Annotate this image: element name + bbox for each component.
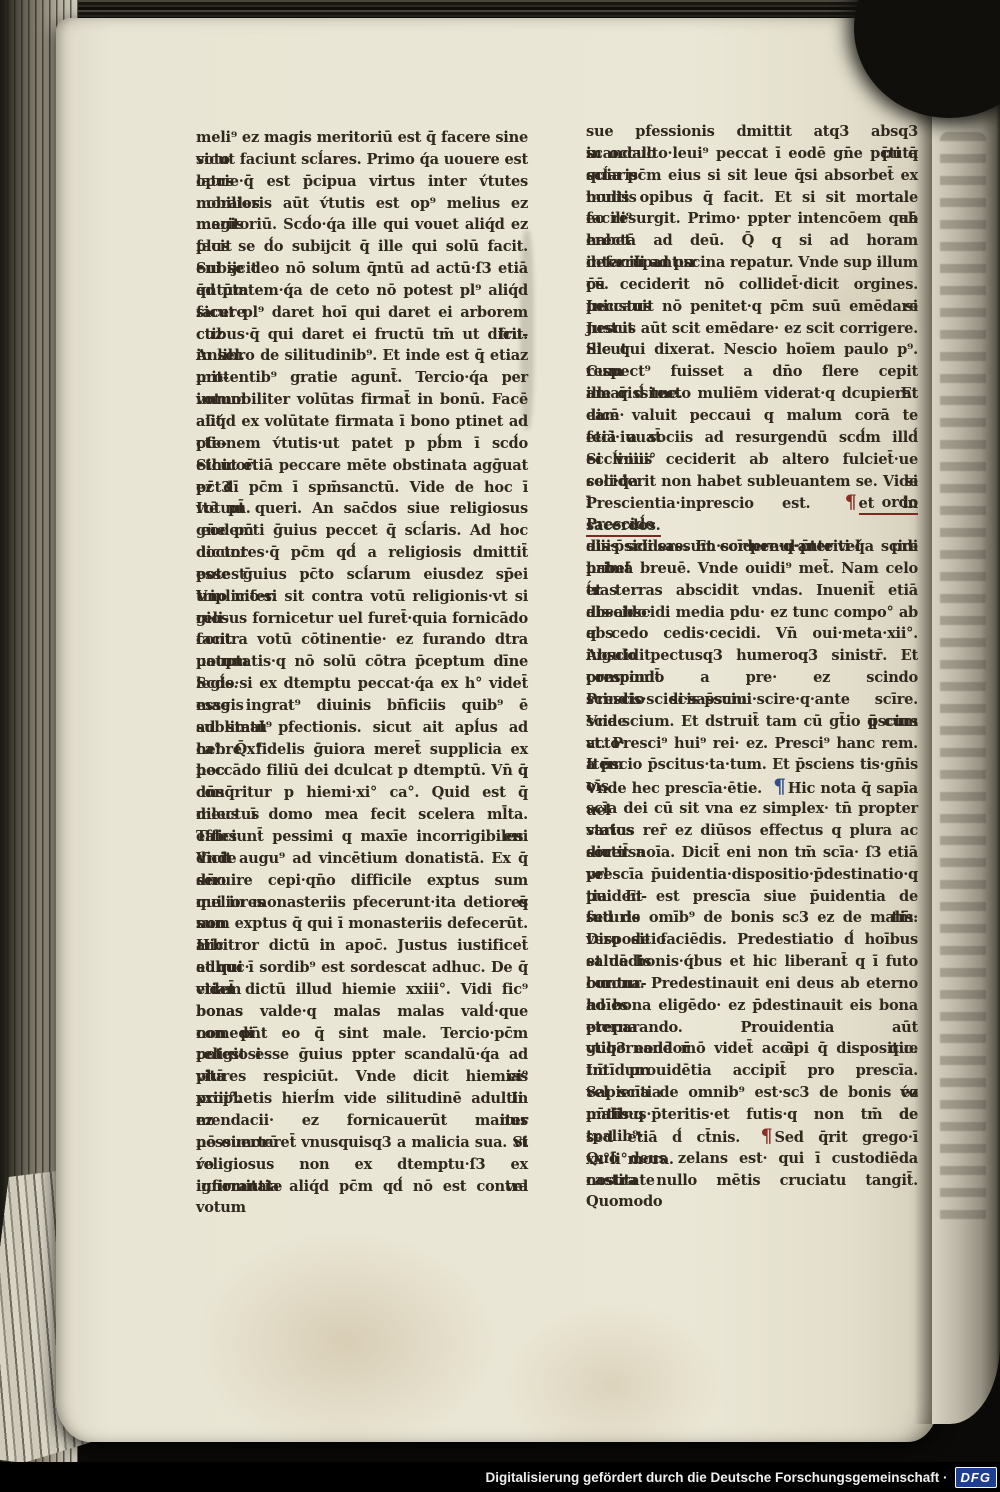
text-line: arbitror dictū in apoc̄. Justus iustific… [196, 935, 528, 957]
text-line: dis·abscidi media pdu· ez tunc compo° ab… [586, 602, 918, 624]
text-line: q cedo cedis·cecidi. Vn̄ oui·meta·xii°. … [586, 623, 918, 645]
text-line: dicē valuit peccaui q malum corā te feci… [586, 405, 918, 427]
text-line: ctibus·q̄ qui daret ei fructū tm̄ ut dic… [196, 324, 528, 346]
text-line: latrie·q̄ est p̄cipua virtus inter v́tut… [196, 171, 528, 193]
text-line: ad statū pfectionis. sicut ait apĺus ad … [196, 717, 528, 739]
text-line: ille q̄ d́ tecto muliēm viderat·q dcupie… [586, 383, 918, 405]
digitization-credit-bar: Digitalisierung gefördert durch die Deut… [0, 1462, 1000, 1492]
text-line: ignorantia aliq́d pc̄m qd́ nō est contra… [196, 1176, 528, 1198]
text-line: prescindo a pre· ez scindo scindis·scidi… [586, 667, 918, 689]
text-line: plus se d́o subijcit q̄ ille qui solū fa… [196, 236, 528, 258]
dfg-logo: DFG [955, 1467, 997, 1488]
text-line: ad p̄tatem·q́a de ceto nō potest pl⁹ ali… [196, 280, 528, 302]
text-line: ceciderit non habet subleuantem se. Vide… [586, 471, 918, 493]
text-segment: Prescientia·inprescio est. [586, 495, 839, 512]
text-line: nō ouerteret̄ vnusquisq3 a malicia sua. … [196, 1132, 528, 1154]
ink-showthrough [984, 520, 994, 780]
text-line: nostra nullo mētis cruciatu tangit̄. Quo… [586, 1170, 918, 1192]
text-line: eo resurgit. Primo· ppter intencōem quā … [586, 208, 918, 230]
text-line: Vnde hec prescīa·ētie. ¶Hic nota q̄ sapī… [586, 776, 918, 798]
text-line: scia·scium. Et dstruit̄ tam cū gt̄io q̄ … [586, 711, 918, 733]
text-line: qui in monasteriis pfecerunt·ita detiore… [196, 892, 528, 914]
text-line: sue pfessionis dmittit atq3 absq3 scanda… [586, 121, 918, 143]
text-line: tia. Et est prescīa siue p̄uidentia de f… [586, 886, 918, 908]
text-line: ille qui dixerat. Nescio hoīem paulo p⁹.… [586, 339, 918, 361]
text-line: Itē pt̄ queri. An sac̄dos siue religiosu… [196, 498, 528, 520]
text-line: Prescid́o dis·p̄sidi·sassum·scīdere·q·an… [586, 514, 918, 536]
text-line: contra votū cōtinentie· ez furando dtra … [196, 629, 528, 651]
text-line: vt. Presci⁹ hui⁹ rei· ez. Presci⁹ hanc r… [586, 733, 918, 755]
text-line: bonis opibus q̄ facit. Et si sit mortale… [586, 187, 918, 209]
text-line: non pn̄t eo q̄ sint male. Tercio·pc̄m re… [196, 1023, 528, 1045]
text-line: bonas valde·q malas malas vald́·que come… [196, 1001, 528, 1023]
text-line: sum exptus q̄ qui ī monasteriis defecerū… [196, 913, 528, 935]
next-page-ghost-text [940, 132, 986, 1232]
text-line: sicut faciunt scĺares. Primo q́a uouere … [196, 149, 528, 171]
text-line: scīa dei cū sit vna ez simplex· tn̄ prop… [586, 798, 918, 820]
text-line: quia pc̄m eius si sit leue q̄si absorbet… [586, 165, 918, 187]
text-line: iugulo pectusq3 humeroq3 sinistr̄. Et co… [586, 645, 918, 667]
text-line: primā breuē. Vnde ouidi⁹ met̄. Nam celo … [586, 558, 918, 580]
text-line: in libro de silitudinib⁹. Et inde est q̄… [196, 345, 528, 367]
text-line: ctionem v́tutis·ut patet p pb́m ī scd́o … [196, 433, 528, 455]
text-line: preparando. Prouidentia aūt gubernandor̄… [586, 1017, 918, 1039]
text-line: aliis scīdere. Et cor·penul·p̄teriti·q́a… [586, 536, 918, 558]
text-line: meli⁹ ez magis meritoriū est q̄ facere s… [196, 127, 528, 149]
text-line: vero de faciēdis. Predestiatio d́ hoībus… [586, 929, 918, 951]
text-line: Quō deus zelans est· qui ī custodiēda ca… [586, 1148, 918, 1170]
text-line: potest esse ḡuius ppter scandalū·q́a ad … [196, 1044, 528, 1066]
pilcrow-blue: ¶ [767, 774, 787, 798]
credit-text: Digitalisierung gefördert durch die Deut… [485, 1470, 947, 1485]
text-line: conq̄ritur p hiemi·xi° ca°. Quid est q̄ … [196, 782, 528, 804]
text-line: ca°. Q̄ fidelis ḡuiora meret̄ supplicia … [196, 739, 528, 761]
text-line: et qui ī sordib⁹ est sordescat adhuc. De… [196, 957, 528, 979]
text-line: ad bona eligēdo· ez p̄destinauit eis bon… [586, 995, 918, 1017]
text-line: meus ī domo mea fecit scelera ml̄ta. Tal… [196, 804, 528, 826]
text-line: videt̄ dictū illud hiemie xxiii°. Vidi f… [196, 979, 528, 1001]
text-line: Si vnus ceciderit ab altero fulciet̄·ue … [586, 449, 918, 471]
text-line: Justus aūt scit emēdare· ez scit corrige… [586, 318, 918, 340]
text-line: Scd́o·si ex dtemptu peccat·q́a ex h° vid… [196, 673, 528, 695]
right-text-column: sue pfessionis dmittit atq3 absq3 scanda… [586, 121, 918, 1191]
text-line: defacili ad pscina repatur. Vnde sup ill… [586, 252, 918, 274]
text-line: religiosus non ex dtemptu·ſ3 ex infirmit… [196, 1154, 528, 1176]
text-line: etiā a sociis ad resurgendū scd́m illd́ … [586, 427, 918, 449]
text-line: aliq́d ex volūtate firmata ī bono ptinet… [196, 411, 528, 433]
text-segment: Vnde hec prescīa·ētie. [586, 780, 767, 797]
text-line: cū ceciderit nō collidet̄·dicit orgines.… [586, 274, 918, 296]
text-line: et terras abscidit vndas. Inuenit̄ etiā … [586, 580, 918, 602]
text-line: erectā ad deū. Q̄ q si ad horam interrūp… [586, 230, 918, 252]
text-line: peccauit nō penitet·q pc̄m suū emēdare n… [586, 296, 918, 318]
pilcrow-red: ¶ [755, 1125, 775, 1147]
text-line: prophetis hierĺm vide silitudinē adultii… [196, 1088, 528, 1110]
text-line: esse ḡuius pc̄to scĺarum eiusdez sp̄ei t… [196, 564, 528, 586]
text-line: pauptatis·q nō solū cōtra p̄ceptum dīne … [196, 651, 528, 673]
text-segment: sed etiā d́ ct̄nis. [586, 1129, 755, 1146]
text-line: et de bonis·q́bus et hic liberant̄ q ī f… [586, 951, 918, 973]
text-line: vel scīa de omnib⁹ est·sc3 de bonis ez m… [586, 1082, 918, 1104]
text-line: Prescio scis·p̄sciui·scire·q·ante scīre.… [586, 689, 918, 711]
pilcrow-red: ¶ [839, 491, 859, 513]
text-line: tm̄ prouidētia accipit̄ pro prescīa. Sap… [586, 1060, 918, 1082]
text-line: Vno mō·si sit contra votū religionis·vt … [196, 586, 528, 608]
text-line: ez dī pc̄m ī spm̄sanctū. Vide de hoc ī v… [196, 477, 528, 499]
text-line: eni se deo nō solum q̄ntū ad actū·ſ3 eti… [196, 258, 528, 280]
text-line: respect⁹ fuisset a dn̄o flere cepit amar… [586, 361, 918, 383]
text-line: pn̄tibus·p̄teritis·et futis·q non tm̄ de… [586, 1104, 918, 1126]
text-line: seruire cepi·qn̄o difficile exptus sum m… [196, 870, 528, 892]
text-line: giosus fornicetur uel furet̄·quia fornic… [196, 608, 528, 630]
text-line: esse ingrat⁹ diuinis bn̄ficiis quib⁹ ē s… [196, 695, 528, 717]
text-line: vtiq3 eodē mō videt̄ accipi q̄ dispositi… [586, 1038, 918, 1060]
text-line: nobilioris aūt v́tutis est op⁹ melius ez… [196, 193, 528, 215]
text-line: sortit̄ noīa. Dicit̄ eni non tm̄ scīa· ſ… [586, 842, 918, 864]
text-line: gn̄e pc̄ti ḡuius peccet q̄ scĺaris. Ad h… [196, 520, 528, 542]
text-line: mittentib⁹ gratie agunt̄. Tercio·q́a per… [196, 367, 528, 389]
text-line: a p̄scio p̄scitus·ta·tum. Et p̄sciens ti… [586, 754, 918, 776]
scanned-book-page: meli⁹ ez magis meritoriū est q̄ facere s… [0, 0, 1000, 1492]
text-line: doctores·q̄ pc̄m qd́ a religiosis dmitti… [196, 542, 528, 564]
text-line: vel p̄uidentia·dispositio·p̄destinatio·q… [586, 864, 918, 886]
text-line: immobiliter volūtas firmat̄ in bonū. Fac… [196, 389, 528, 411]
text-line: dicit augu⁹ ad vincētium donatistā. Ex q… [196, 848, 528, 870]
text-line: peccādo filiū dei dculcat p dtemptū. Vn̄… [196, 760, 528, 782]
text-line: efficiunt̄ pessimi q maxīe incorrigibile… [196, 826, 528, 848]
text-line: sed etiā d́ ct̄nis. ¶Sed q̄rit grego·ī x… [586, 1126, 918, 1148]
text-line: meritoriū. Scd́o·q́a ille qui vouet aliq… [196, 214, 528, 236]
text-line: sicut pl⁹ daret hoī qui daret ei arborem… [196, 302, 528, 324]
text-line: in occulto·leui⁹ peccat ī eodē gn̄e pc̄t… [586, 143, 918, 165]
text-line: sed de omīb⁹ de bonis sc3 ez de malis. D… [586, 907, 918, 929]
left-text-column: meli⁹ ez magis meritoriū est q̄ facere s… [196, 127, 528, 1197]
text-line: Sicut etiā peccare mēte obstinata agḡuat… [196, 455, 528, 477]
text-line: Prescientia·inprescio est. ¶et in sacerd… [586, 492, 918, 514]
text-line: mendacii· ez fornicauerūt manus pessimor… [196, 1110, 528, 1132]
text-line: status rer̄ ez diūsos effectus q plura a… [586, 820, 918, 842]
text-line: buntur. Predestinauit eni deus ab eterno… [586, 973, 918, 995]
text-line: plures respiciūt. Vnde dicit hiemias xxi… [196, 1066, 528, 1088]
